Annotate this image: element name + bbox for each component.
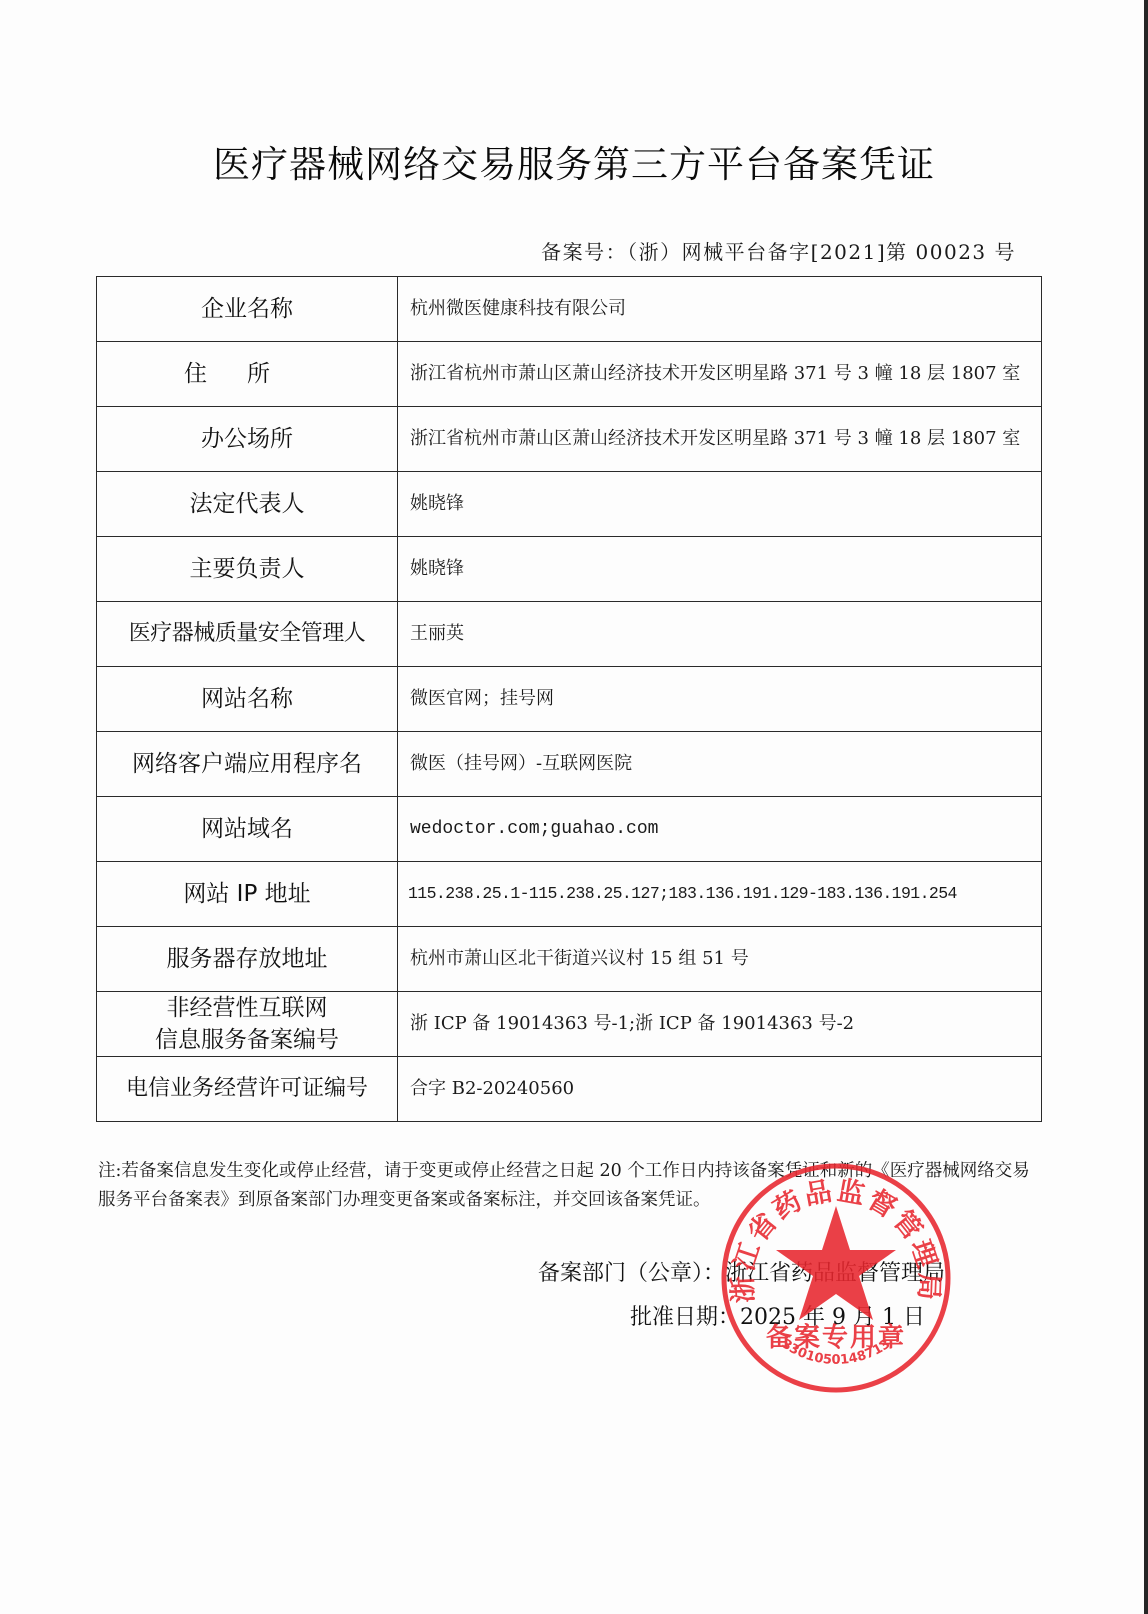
svg-text:3301050148713: 3301050148713 [779, 1337, 894, 1368]
row-value: 微医（挂号网）-互联网医院 [398, 732, 1042, 797]
row-value: 浙江省杭州市萧山区萧山经济技术开发区明星路 371 号 3 幢 18 层 180… [398, 407, 1042, 472]
row-label: 网站域名 [97, 797, 398, 862]
row-label: 电信业务经营许可证编号 [97, 1057, 398, 1122]
row-label: 住所 [97, 342, 398, 407]
window-edge-bar [1144, 0, 1148, 1614]
table-row: 法定代表人 姚晓锋 [97, 472, 1042, 537]
approval-date-label: 批准日期： [630, 1305, 740, 1330]
row-value: 杭州市萧山区北干街道兴议村 15 组 51 号 [398, 927, 1042, 992]
footnote: 注:若备案信息发生变化或停止经营，请于变更或停止经营之日起 20 个工作日内持该… [98, 1157, 1038, 1215]
row-label: 主要负责人 [97, 537, 398, 602]
table-row: 医疗器械质量安全管理人 王丽英 [97, 602, 1042, 667]
document-title: 医疗器械网络交易服务第三方平台备案凭证 [0, 134, 1148, 188]
row-label: 法定代表人 [97, 472, 398, 537]
row-label: 服务器存放地址 [97, 927, 398, 992]
row-value: 115.238.25.1-115.238.25.127;183.136.191.… [398, 862, 1042, 927]
row-label: 网络客户端应用程序名 [97, 732, 398, 797]
table-row: 网络客户端应用程序名 微医（挂号网）-互联网医院 [97, 732, 1042, 797]
row-value: 微医官网；挂号网 [398, 667, 1042, 732]
approval-date: 批准日期：2025 年 9 月 1 日 [630, 1300, 925, 1331]
approval-date-value: 2025 年 9 月 1 日 [740, 1305, 925, 1330]
row-value: 王丽英 [398, 602, 1042, 667]
table-row: 网站域名 wedoctor.com;guahao.com [97, 797, 1042, 862]
table-row: 主要负责人 姚晓锋 [97, 537, 1042, 602]
row-label-line: 信息服务备案编号 [97, 1024, 397, 1056]
table-row: 服务器存放地址 杭州市萧山区北干街道兴议村 15 组 51 号 [97, 927, 1042, 992]
row-label: 医疗器械质量安全管理人 [97, 602, 398, 667]
table-row: 企业名称 杭州微医健康科技有限公司 [97, 277, 1042, 342]
row-label-line: 非经营性互联网 [97, 992, 397, 1024]
row-label: 网站名称 [97, 667, 398, 732]
row-value: 杭州微医健康科技有限公司 [398, 277, 1042, 342]
row-value: 合字 B2-20240560 [398, 1057, 1042, 1122]
table-row: 电信业务经营许可证编号 合字 B2-20240560 [97, 1057, 1042, 1122]
filing-department-label: 备案部门（公章）： [538, 1261, 725, 1286]
filing-department-value: 浙江省药品监督管理局 [725, 1261, 945, 1286]
row-label: 网站 IP 地址 [97, 862, 398, 927]
seal-code: 3301050148713 [779, 1337, 894, 1368]
row-label-text: 住所 [184, 361, 310, 387]
row-label: 企业名称 [97, 277, 398, 342]
row-value: 浙江省杭州市萧山区萧山经济技术开发区明星路 371 号 3 幢 18 层 180… [398, 342, 1042, 407]
row-label: 办公场所 [97, 407, 398, 472]
row-label: 非经营性互联网 信息服务备案编号 [97, 992, 398, 1057]
table-row: 网站名称 微医官网；挂号网 [97, 667, 1042, 732]
registration-info-table: 企业名称 杭州微医健康科技有限公司 住所 浙江省杭州市萧山区萧山经济技术开发区明… [96, 276, 1042, 1122]
table-row: 办公场所 浙江省杭州市萧山区萧山经济技术开发区明星路 371 号 3 幢 18 … [97, 407, 1042, 472]
record-number: 备案号：（浙）网械平台备字[2021]第 00023 号 [541, 236, 1016, 265]
row-value: 姚晓锋 [398, 537, 1042, 602]
table-row: 非经营性互联网 信息服务备案编号 浙 ICP 备 19014363 号-1;浙 … [97, 992, 1042, 1057]
table-row: 住所 浙江省杭州市萧山区萧山经济技术开发区明星路 371 号 3 幢 18 层 … [97, 342, 1042, 407]
filing-department: 备案部门（公章）：浙江省药品监督管理局 [538, 1256, 945, 1287]
row-value: wedoctor.com;guahao.com [398, 797, 1042, 862]
row-value: 浙 ICP 备 19014363 号-1;浙 ICP 备 19014363 号-… [398, 992, 1042, 1057]
row-value: 姚晓锋 [398, 472, 1042, 537]
table-row: 网站 IP 地址 115.238.25.1-115.238.25.127;183… [97, 862, 1042, 927]
